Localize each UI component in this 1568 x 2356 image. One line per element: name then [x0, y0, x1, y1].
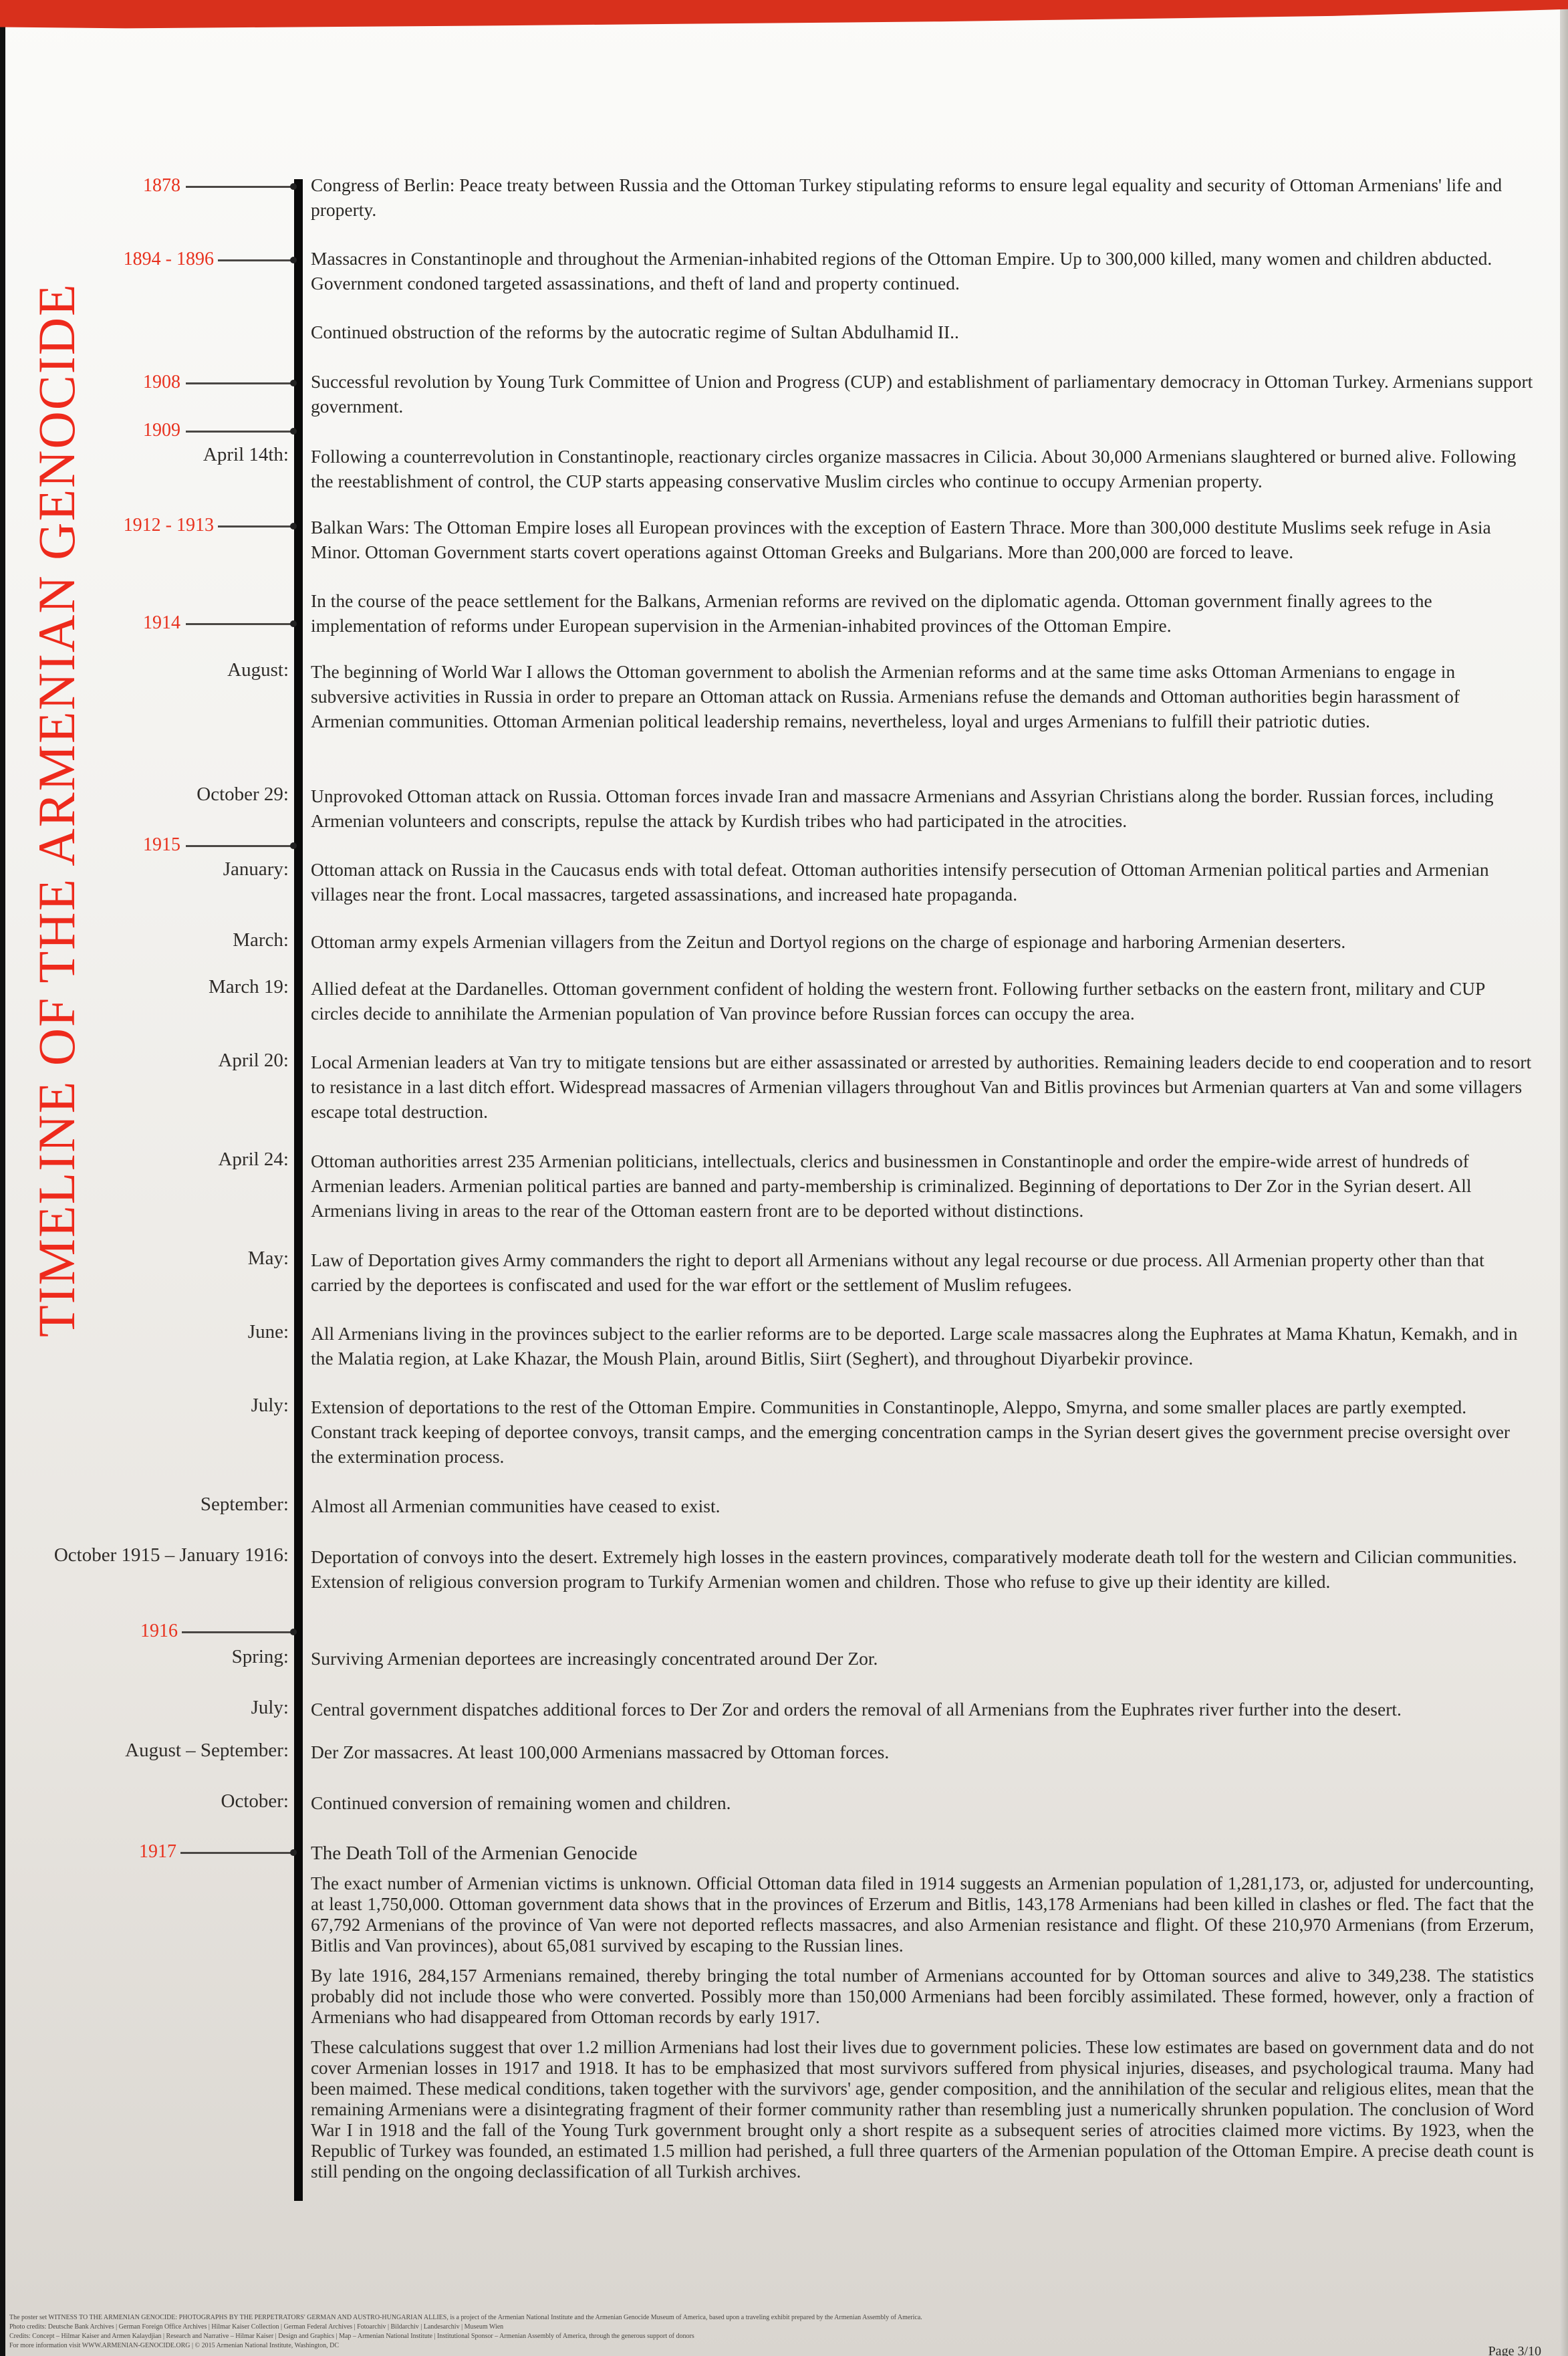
credits-line: For more information visit WWW.ARMENIAN-… [9, 2341, 1513, 2351]
year-tick [186, 623, 294, 625]
timeline-spine [294, 179, 303, 2201]
year-marker: 1912 - 1913 [124, 515, 214, 536]
entry-text: Continued obstruction of the reforms by … [311, 320, 1534, 344]
entry-text: Almost all Armenian communities have cea… [311, 1494, 1534, 1518]
date-label: January: [223, 858, 289, 880]
year-marker: 1894 - 1896 [124, 249, 214, 270]
year-marker: 1915 [143, 834, 180, 856]
entry-text: Continued conversion of remaining women … [311, 1790, 1534, 1815]
year-marker: 1916 [140, 1621, 178, 1642]
date-label: October 29: [197, 784, 289, 806]
entry-text: All Armenians living in the provinces su… [311, 1321, 1534, 1371]
year-tick [218, 525, 294, 527]
date-label: March: [233, 929, 289, 951]
date-label: April 14th: [203, 444, 289, 466]
death-toll-paragraph: By late 1916, 284,157 Armenians remained… [311, 1966, 1534, 2028]
year-tick [182, 1631, 294, 1633]
date-label: October 1915 – January 1916: [54, 1544, 289, 1566]
year-tick [186, 186, 294, 188]
date-label: June: [248, 1321, 289, 1343]
date-label: April 24: [218, 1149, 289, 1171]
entry-text: Ottoman attack on Russia in the Caucasus… [311, 857, 1534, 907]
year-marker: 1908 [143, 372, 180, 393]
death-toll-paragraph: These calculations suggest that over 1.2… [311, 2037, 1534, 2182]
entry-text: In the course of the peace settlement fo… [311, 588, 1534, 638]
entry-text: Unprovoked Ottoman attack on Russia. Ott… [311, 784, 1534, 833]
entry-text: Law of Deportation gives Army commanders… [311, 1248, 1534, 1297]
date-label: October: [221, 1790, 289, 1812]
entry-text: Allied defeat at the Dardanelles. Ottoma… [311, 976, 1534, 1026]
year-tick [186, 845, 294, 847]
year-tick [180, 1852, 294, 1854]
entry-text: Successful revolution by Young Turk Comm… [311, 369, 1534, 419]
year-tick [186, 382, 294, 384]
date-label: May: [248, 1248, 289, 1270]
entry-text: Following a counterrevolution in Constan… [311, 444, 1534, 493]
entry-text: Balkan Wars: The Ottoman Empire loses al… [311, 515, 1534, 564]
poster-right-edge [1560, 0, 1568, 2356]
death-toll-body: The exact number of Armenian victims is … [311, 1873, 1534, 2192]
year-tick [186, 431, 294, 433]
date-label: July: [251, 1697, 289, 1719]
entry-text: Der Zor massacres. At least 100,000 Arme… [311, 1740, 1534, 1764]
entry-text: Central government dispatches additional… [311, 1697, 1534, 1722]
page-number: Page 3/10 [1488, 2344, 1541, 2356]
date-label: August: [227, 659, 289, 681]
date-label: Spring: [232, 1646, 289, 1668]
year-marker: 1878 [143, 175, 180, 197]
entry-text: Surviving Armenian deportees are increas… [311, 1646, 1534, 1671]
credits-line: Photo credits: Deutsche Bank Archives | … [9, 2323, 1513, 2332]
death-toll-heading: The Death Toll of the Armenian Genocide [311, 1841, 1534, 1866]
entry-text: Local Armenian leaders at Van try to mit… [311, 1050, 1534, 1124]
entry-text: Ottoman authorities arrest 235 Armenian … [311, 1149, 1534, 1223]
date-label: September: [201, 1494, 289, 1516]
date-label: July: [251, 1395, 289, 1417]
poster-title: TIMELINE OF THE ARMENIAN GENOCIDE [27, 361, 87, 1337]
date-label: August – September: [125, 1740, 289, 1762]
credits-line: Credits: Concept – Hilmar Kaiser and Arm… [9, 2332, 1513, 2341]
year-marker: 1914 [143, 612, 180, 634]
entry-text: The beginning of World War I allows the … [311, 659, 1534, 733]
date-label: March 19: [209, 976, 289, 998]
credits-footer: The poster set WITNESS TO THE ARMENIAN G… [9, 2313, 1513, 2351]
year-tick [218, 259, 294, 261]
entry-text: Congress of Berlin: Peace treaty between… [311, 172, 1534, 222]
date-label: April 20: [218, 1050, 289, 1072]
year-marker: 1917 [139, 1841, 176, 1863]
entry-text: Extension of deportations to the rest of… [311, 1395, 1534, 1469]
entry-text: Ottoman army expels Armenian villagers f… [311, 929, 1534, 954]
death-toll-paragraph: The exact number of Armenian victims is … [311, 1873, 1534, 1956]
poster-left-edge [0, 0, 5, 2356]
entry-text: Deportation of convoys into the desert. … [311, 1544, 1534, 1594]
year-marker: 1909 [143, 420, 180, 441]
entry-text: Massacres in Constantinople and througho… [311, 246, 1534, 296]
credits-line: The poster set WITNESS TO THE ARMENIAN G… [9, 2313, 1513, 2323]
